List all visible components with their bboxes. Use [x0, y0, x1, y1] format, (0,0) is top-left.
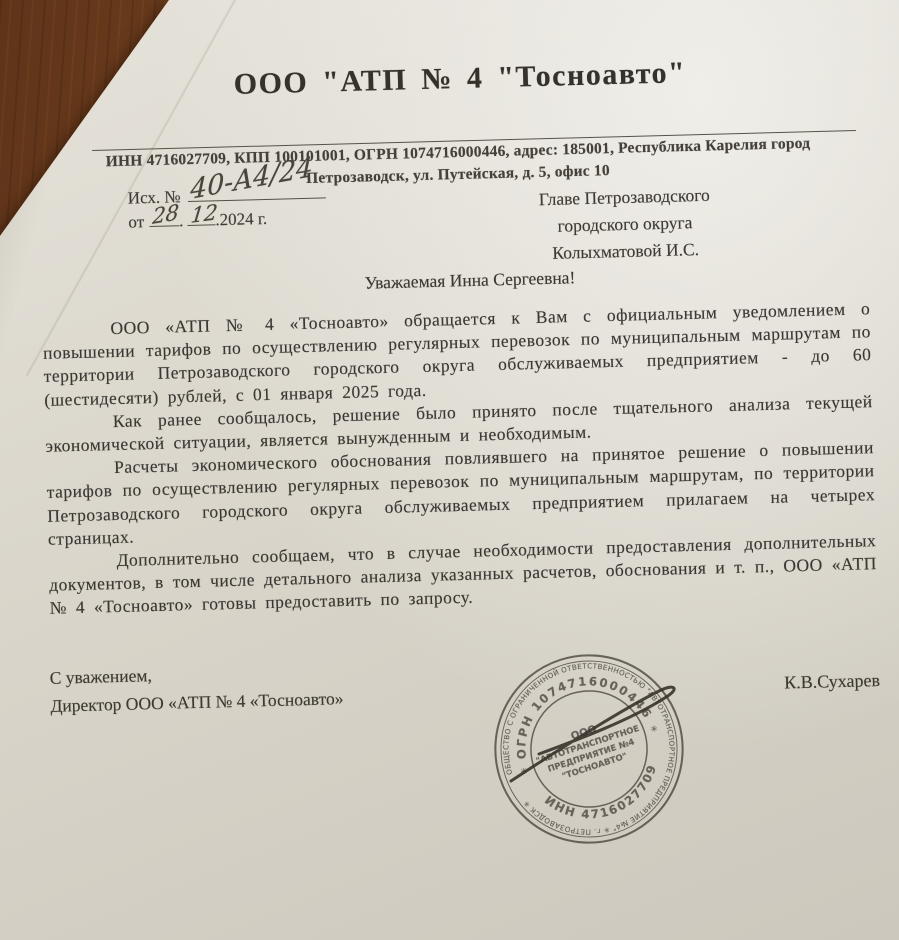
- outgoing-reference-block: Исх. № 40-А4/24 от 28 . 12: [127, 178, 326, 232]
- date-month-handwritten: 12: [190, 200, 219, 228]
- date-day-handwritten: 28: [151, 200, 179, 229]
- salutation: Уважаемая Инна Сергеевна!: [130, 261, 810, 300]
- date-separator: .: [179, 211, 184, 231]
- date-day-blank: 28: [149, 208, 179, 227]
- signature-stroke: [511, 687, 674, 781]
- company-title: ООО "АТП № 4 "Тосноавто": [130, 53, 791, 104]
- date-prefix: от: [128, 212, 144, 232]
- signer-name: К.В.Сухарев: [730, 670, 880, 695]
- photo-scene: ООО "АТП № 4 "Тосноавто" ИНН 4716027709,…: [0, 0, 899, 940]
- letter-date-line: от 28 . 12 .2024 г.: [128, 204, 326, 232]
- date-month-blank: 12: [187, 207, 215, 226]
- date-suffix: .2024 г.: [215, 209, 267, 230]
- letter-body: ООО «АТП № 4 «Тосноавто» обращается к Ва…: [42, 297, 878, 620]
- paper-wrap: ООО "АТП № 4 "Тосноавто" ИНН 4716027709,…: [0, 0, 899, 940]
- letter-paper: ООО "АТП № 4 "Тосноавто" ИНН 4716027709,…: [0, 0, 899, 940]
- director-signature: [473, 643, 713, 808]
- outgoing-number-blank: 40-А4/24: [187, 178, 325, 202]
- closing-block: С уважением, Директор ООО «АТП № 4 «Тосн…: [49, 656, 343, 720]
- addressee-block: Главе Петрозаводского городского округа …: [489, 180, 761, 268]
- letter-content: ООО "АТП № 4 "Тосноавто" ИНН 4716027709,…: [0, 0, 899, 940]
